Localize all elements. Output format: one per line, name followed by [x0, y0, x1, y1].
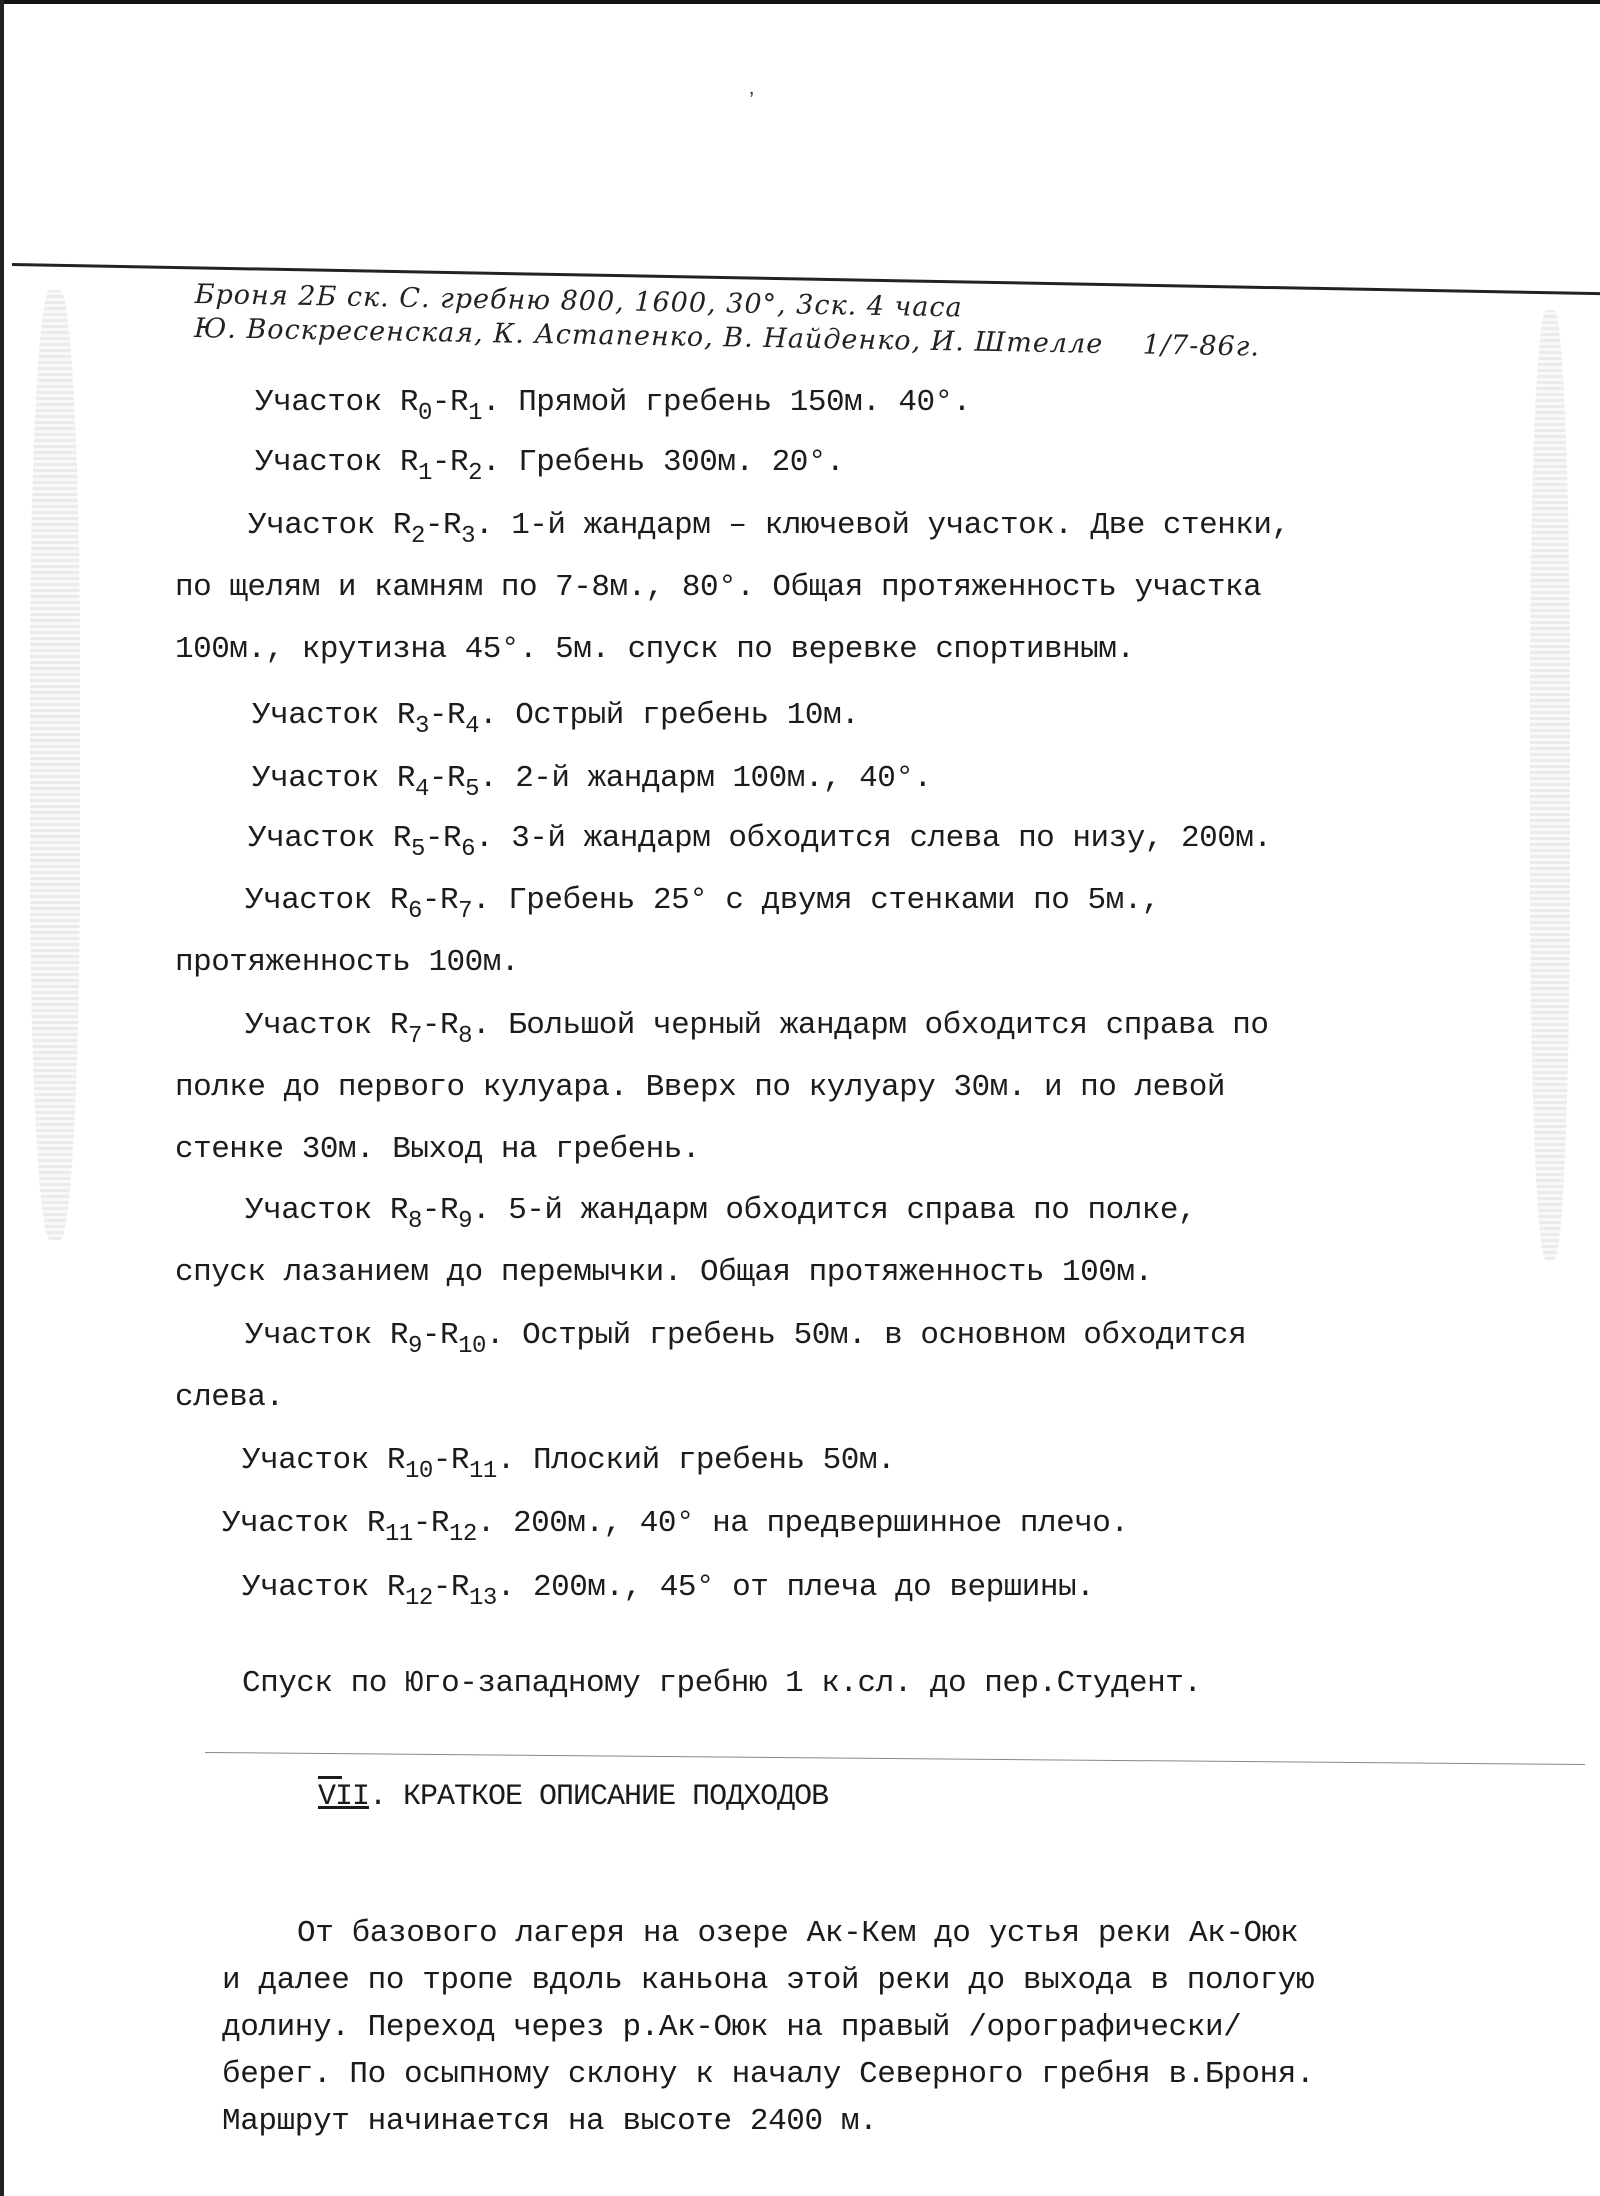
- section-text: 200м., 45° от плеча до вершины.: [533, 1570, 1094, 1605]
- section-entry: Участок R10-R11. Плоский гребень 50м.: [242, 1430, 895, 1492]
- section-label: Участок: [255, 445, 400, 480]
- section-line: Участок R6-R7. Гребень 25° с двумя стенк…: [245, 870, 1160, 932]
- approach-line: долину. Переход через р.Ак-Оюк на правый…: [222, 2004, 1314, 2051]
- section-line: Участок R0-R1. Прямой гребень 150м. 40°.: [255, 372, 971, 434]
- handwritten-header: Броня 2Б ск. С. гребню 800, 1600, 30°, 3…: [194, 278, 1261, 365]
- approach-line: От базового лагеря на озере Ак-Кем до ус…: [297, 1910, 1314, 1957]
- segment-range: R8-R9.: [390, 1193, 508, 1228]
- section-heading: VII. КРАТКОЕ ОПИСАНИЕ ПОДХОДОВ: [318, 1780, 828, 1814]
- segment-range: R3-R4.: [397, 698, 515, 733]
- ink-speck: ʼ: [745, 90, 758, 115]
- section-label: Участок: [222, 1506, 367, 1541]
- section-line: Участок R4-R5. 2-й жандарм 100м., 40°.: [252, 748, 932, 810]
- segment-range: R7-R8.: [390, 1008, 508, 1043]
- section-number: VII: [318, 1780, 369, 1814]
- section-text: Острый гребень 10м.: [515, 698, 859, 733]
- section-continuation-line: стенке 30м. Выход на гребень.: [175, 1119, 1269, 1181]
- section-line: Участок R2-R3. 1-й жандарм – ключевой уч…: [248, 495, 1290, 557]
- section-line: Участок R1-R2. Гребень 300м. 20°.: [255, 432, 844, 494]
- section-continuation-line: полке до первого кулуара. Вверх по кулуа…: [175, 1057, 1269, 1119]
- approach-line: и далее по тропе вдоль каньона этой реки…: [222, 1957, 1314, 2004]
- section-entry: Участок R4-R5. 2-й жандарм 100м., 40°.: [252, 748, 932, 810]
- section-entry: Участок R11-R12. 200м., 40° на предверши…: [222, 1493, 1129, 1555]
- section-text: 2-й жандарм 100м., 40°.: [515, 761, 931, 796]
- section-text: 5-й жандарм обходится справа по полке,: [508, 1193, 1196, 1228]
- section-continuation-line: слева.: [175, 1367, 1246, 1429]
- section-label: Участок: [252, 761, 397, 796]
- section-text: Гребень 300м. 20°.: [518, 445, 844, 480]
- handwritten-date: 1/7-86г.: [1143, 330, 1261, 363]
- section-text: Большой черный жандарм обходится справа …: [508, 1008, 1268, 1043]
- section-entry: Участок R1-R2. Гребень 300м. 20°.: [255, 432, 844, 494]
- approach-line: Маршрут начинается на высоте 2400 м.: [222, 2098, 1314, 2145]
- section-entry: Участок R8-R9. 5-й жандарм обходится спр…: [245, 1180, 1196, 1304]
- segment-range: R10-R11.: [387, 1443, 533, 1478]
- section-text: Плоский гребень 50м.: [533, 1443, 895, 1478]
- section-line: Участок R8-R9. 5-й жандарм обходится спр…: [245, 1180, 1196, 1242]
- segment-range: R0-R1.: [400, 385, 518, 420]
- section-line: Участок R5-R6. 3-й жандарм обходится сле…: [248, 808, 1272, 870]
- section-entry: Участок R7-R8. Большой черный жандарм об…: [245, 995, 1269, 1181]
- section-text: 200м., 40° на предвершинное плечо.: [513, 1506, 1129, 1541]
- approach-description: От базового лагеря на озере Ак-Кем до ус…: [222, 1910, 1314, 2145]
- section-continuation-line: спуск лазанием до перемычки. Общая протя…: [175, 1242, 1196, 1304]
- section-line: Участок R12-R13. 200м., 45° от плеча до …: [242, 1557, 1094, 1619]
- section-label: Участок: [255, 385, 400, 420]
- section-label: Участок: [252, 698, 397, 733]
- segment-range: R12-R13.: [387, 1570, 533, 1605]
- section-divider: [205, 1752, 1585, 1765]
- section-line: Участок R11-R12. 200м., 40° на предверши…: [222, 1493, 1129, 1555]
- section-label: Участок: [242, 1443, 387, 1478]
- section-label: Участок: [248, 508, 393, 543]
- section-label: Участок: [245, 1008, 390, 1043]
- section-label: Участок: [248, 821, 393, 856]
- section-continuation-line: по щелям и камням по 7-8м., 80°. Общая п…: [175, 557, 1290, 619]
- section-continuation-line: 100м., крутизна 45°. 5м. спуск по веревк…: [175, 619, 1290, 681]
- section-line: Участок R10-R11. Плоский гребень 50м.: [242, 1430, 895, 1492]
- section-line: Участок R9-R10. Острый гребень 50м. в ос…: [245, 1305, 1246, 1367]
- section-heading-title: . КРАТКОЕ ОПИСАНИЕ ПОДХОДОВ: [369, 1780, 828, 1814]
- section-entry: Участок R6-R7. Гребень 25° с двумя стенк…: [245, 870, 1160, 994]
- section-entry: Участок R3-R4. Острый гребень 10м.: [252, 685, 859, 747]
- segment-range: R4-R5.: [397, 761, 515, 796]
- segment-range: R5-R6.: [393, 821, 511, 856]
- section-line: Участок R3-R4. Острый гребень 10м.: [252, 685, 859, 747]
- section-label: Участок: [245, 1318, 390, 1353]
- segment-range: R9-R10.: [390, 1318, 522, 1353]
- scan-edge-left: [0, 0, 4, 2196]
- section-label: Участок: [242, 1570, 387, 1605]
- section-entry: Участок R0-R1. Прямой гребень 150м. 40°.: [255, 372, 971, 434]
- descent-text: Спуск по Юго-западному гребню 1 к.сл. до…: [242, 1653, 1201, 1715]
- glue-smudge-left: [30, 290, 80, 1240]
- descent-line: Спуск по Юго-западному гребню 1 к.сл. до…: [242, 1653, 1201, 1715]
- segment-range: R2-R3.: [393, 508, 511, 543]
- approach-line: берег. По осыпному склону к началу Север…: [222, 2051, 1314, 2098]
- segment-range: R1-R2.: [400, 445, 518, 480]
- section-entry: Участок R2-R3. 1-й жандарм – ключевой уч…: [248, 495, 1290, 681]
- segment-range: R6-R7.: [390, 883, 508, 918]
- section-label: Участок: [245, 1193, 390, 1228]
- section-text: 1-й жандарм – ключевой участок. Две стен…: [511, 508, 1289, 543]
- segment-range: R11-R12.: [367, 1506, 513, 1541]
- section-line: Участок R7-R8. Большой черный жандарм об…: [245, 995, 1269, 1057]
- section-text: 3-й жандарм обходится слева по низу, 200…: [511, 821, 1271, 856]
- glue-smudge-right: [1530, 310, 1570, 1260]
- section-continuation-line: протяженность 100м.: [175, 932, 1160, 994]
- section-entry: Участок R5-R6. 3-й жандарм обходится сле…: [248, 808, 1272, 870]
- scan-edge-top: [0, 0, 1600, 4]
- section-text: Острый гребень 50м. в основном обходится: [522, 1318, 1246, 1353]
- section-entry: Участок R9-R10. Острый гребень 50м. в ос…: [245, 1305, 1246, 1429]
- section-text: Прямой гребень 150м. 40°.: [518, 385, 971, 420]
- section-text: Гребень 25° с двумя стенками по 5м.,: [508, 883, 1160, 918]
- section-label: Участок: [245, 883, 390, 918]
- section-entry: Участок R12-R13. 200м., 45° от плеча до …: [242, 1557, 1094, 1619]
